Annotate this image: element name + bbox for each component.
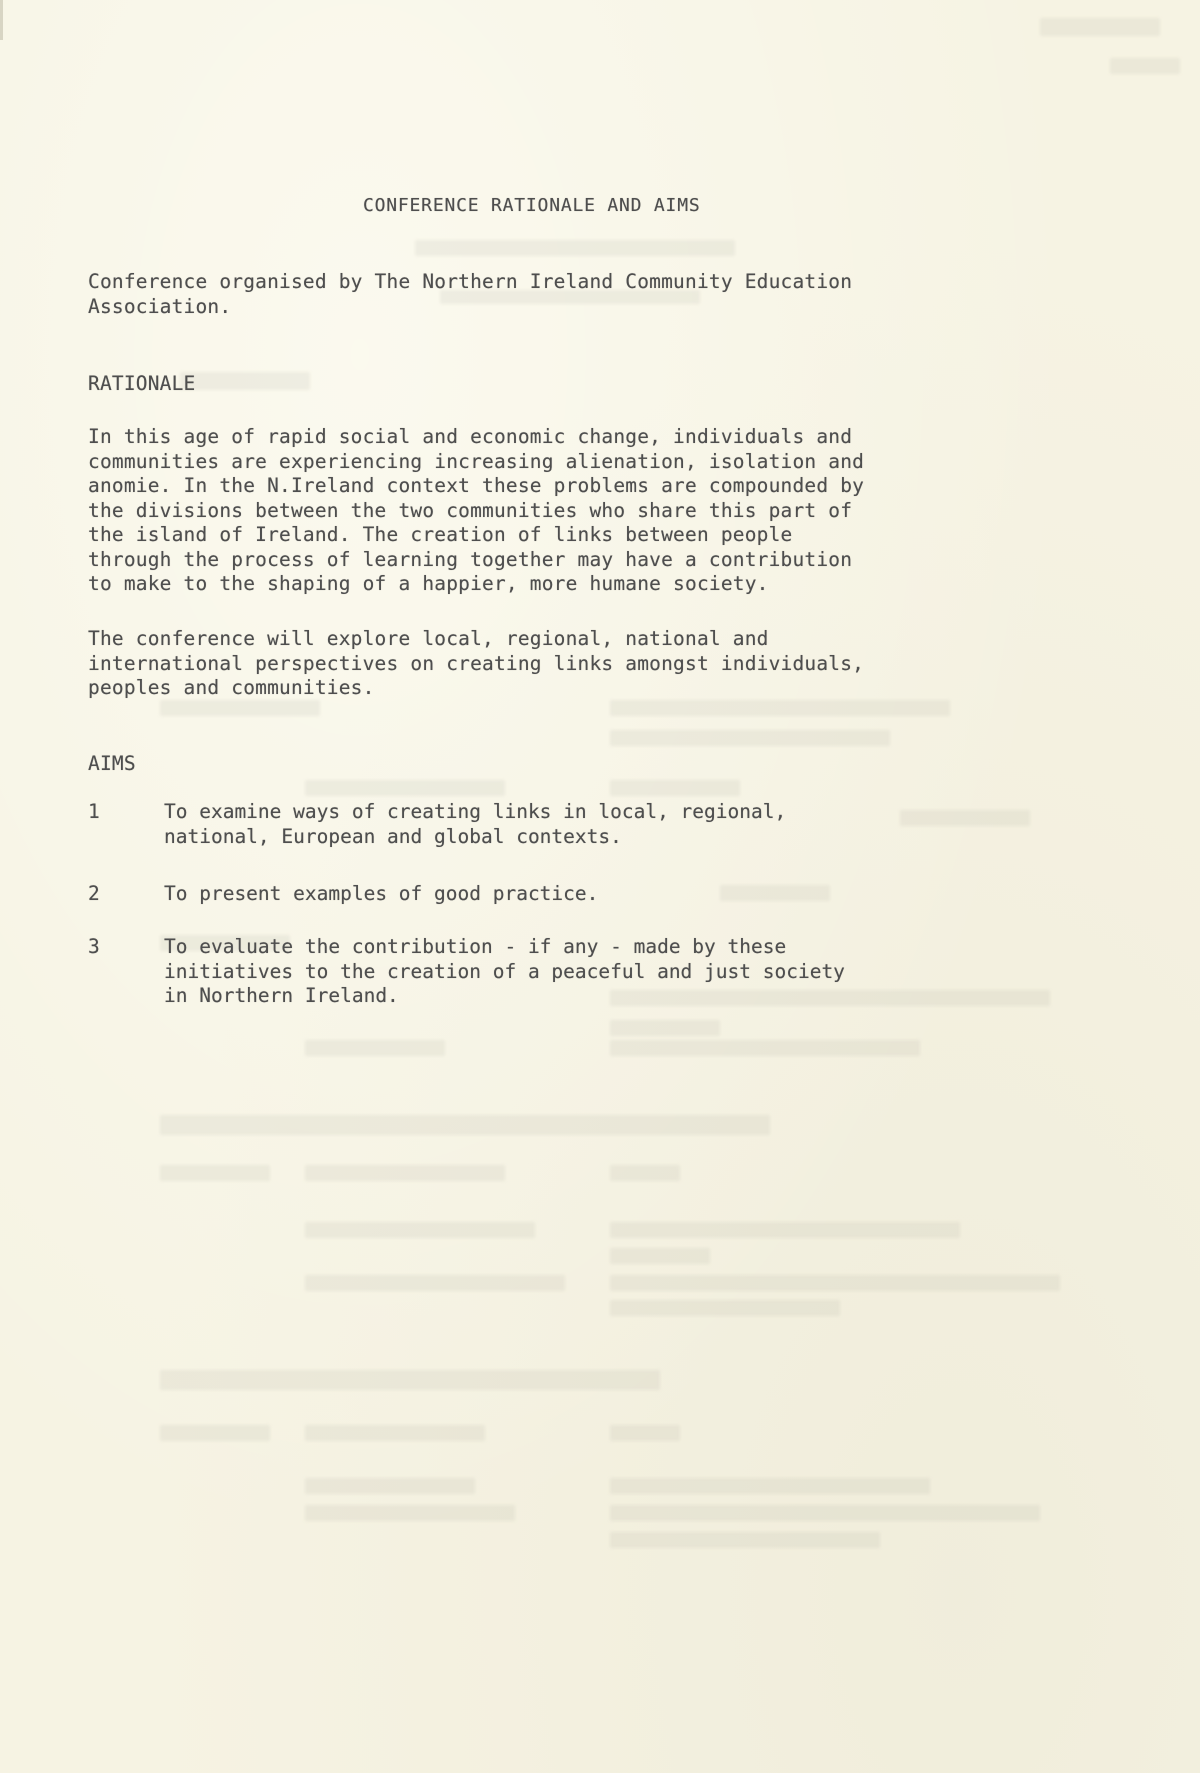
organiser-note: Conference organised by The Northern Ire… xyxy=(88,270,1078,319)
aim-item: 3 To evaluate the contribution - if any … xyxy=(88,935,845,1009)
organiser-note-text: Conference organised by The Northern Ire… xyxy=(88,270,852,318)
document-title: CONFERENCE RATIONALE AND AIMS xyxy=(363,194,700,219)
document-page: CONFERENCE RATIONALE AND AIMS Conference… xyxy=(0,0,1200,1773)
page-edge-mark xyxy=(0,0,3,40)
aim-item: 2 To present examples of good practice. xyxy=(88,882,598,907)
aim-text: To present examples of good practice. xyxy=(164,882,598,907)
aim-text: To examine ways of creating links in loc… xyxy=(164,800,786,849)
rationale-paragraph-1: In this age of rapid social and economic… xyxy=(88,425,864,597)
rationale-paragraph-2: The conference will explore local, regio… xyxy=(88,627,864,701)
rationale-heading: RATIONALE xyxy=(88,372,195,397)
aim-item: 1 To examine ways of creating links in l… xyxy=(88,800,786,849)
aim-text: To evaluate the contribution - if any - … xyxy=(164,935,845,1009)
aim-number: 1 xyxy=(88,800,164,849)
aim-number: 2 xyxy=(88,882,164,907)
aims-heading: AIMS xyxy=(88,752,136,777)
aim-number: 3 xyxy=(88,935,164,1009)
